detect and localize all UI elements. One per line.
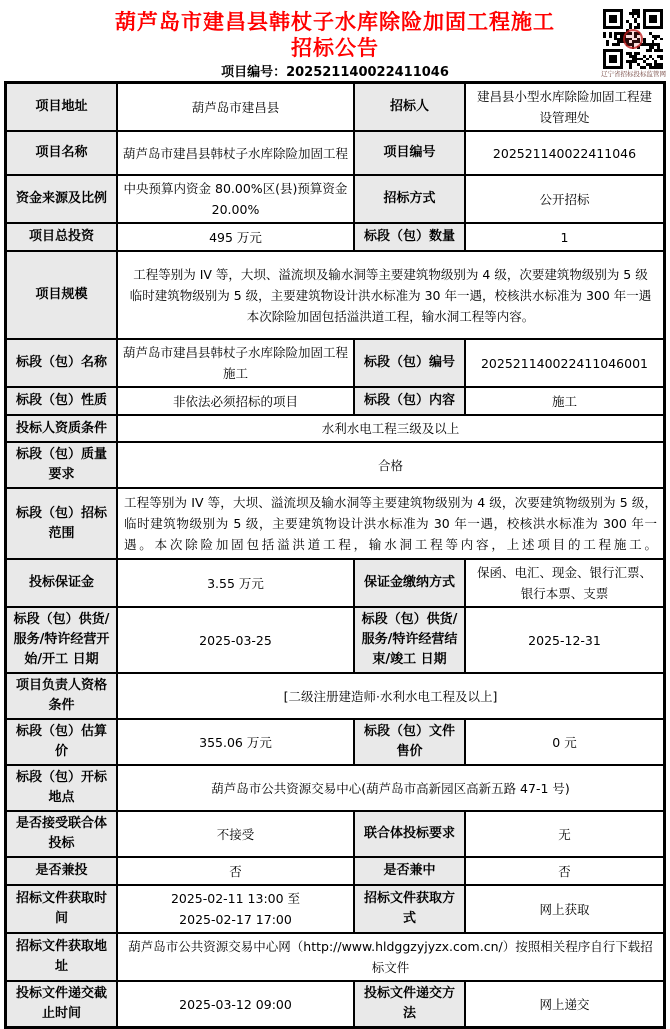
cell-value: 施工: [466, 388, 663, 414]
qr-caption: 辽宁省招标投标监管网: [601, 70, 665, 79]
cell-value: 无: [466, 812, 663, 856]
cell-label: 项目负责人资格条件: [7, 674, 118, 718]
cell-label: 标段（包）内容: [355, 388, 466, 414]
cell-value: 合格: [118, 443, 663, 487]
cell-value: 工程等别为 IV 等，大坝、溢流坝及输水洞等主要建筑物级别为 4 级，次要建筑物…: [118, 252, 663, 338]
table-row: 是否接受联合体投标不接受联合体投标要求无: [7, 812, 663, 858]
cell-label: 项目名称: [7, 132, 118, 174]
cell-value: 202521140022411046001: [466, 340, 663, 386]
cell-value: 非依法必须招标的项目: [118, 388, 355, 414]
cell-label: 招标文件获取时间: [7, 886, 118, 932]
cell-label: 项目编号: [355, 132, 466, 174]
cell-value: 2025-03-12 09:00: [118, 982, 355, 1026]
table-row: 投标文件递交截止时间2025-03-12 09:00投标文件递交方法网上递交: [7, 982, 663, 1026]
table-row: 标段（包）名称葫芦岛市建昌县韩杖子水库除险加固工程施工标段（包）编号202521…: [7, 340, 663, 388]
cell-value: 3.55 万元: [118, 560, 355, 606]
cell-label: 项目地址: [7, 84, 118, 130]
cell-label: 资金来源及比例: [7, 176, 118, 222]
table-row: 标段（包）性质非依法必须招标的项目标段（包）内容施工: [7, 388, 663, 416]
cell-label: 标段（包）开标地点: [7, 766, 118, 810]
cell-label: 标段（包）供货/服务/特许经营结束/竣工 日期: [355, 608, 466, 672]
cell-value: 否: [118, 858, 355, 884]
cell-value: 不接受: [118, 812, 355, 856]
cell-label: 标段（包）编号: [355, 340, 466, 386]
table-row: 项目负责人资格条件[二级注册建造师·水利水电工程及以上]: [7, 674, 663, 720]
cell-label: 标段（包）质量要求: [7, 443, 118, 487]
cell-value: 202521140022411046: [466, 132, 663, 174]
table-row: 标段（包）供货/服务/特许经营开始/开工 日期2025-03-25标段（包）供货…: [7, 608, 663, 674]
cell-value: 工程等别为 IV 等，大坝、溢流坝及输水洞等主要建筑物级别为 4 级，次要建筑物…: [118, 489, 663, 558]
cell-label: 招标方式: [355, 176, 466, 222]
cell-label: 投标文件递交截止时间: [7, 982, 118, 1026]
cell-value: 否: [466, 858, 663, 884]
cell-value: 葫芦岛市公共资源交易中心网（http://www.hldggzyjyzx.com…: [118, 934, 663, 980]
table-row: 招标文件获取时间2025-02-11 13:00 至 2025-02-17 17…: [7, 886, 663, 934]
cell-label: 标段（包）文件售价: [355, 720, 466, 764]
cell-value: 网上获取: [466, 886, 663, 932]
table-row: 标段（包）质量要求合格: [7, 443, 663, 489]
page-title-line2: 招标公告: [0, 35, 670, 61]
page-title-line1: 葫芦岛市建昌县韩杖子水库除险加固工程施工: [0, 9, 670, 35]
table-row: 是否兼投否是否兼中否: [7, 858, 663, 886]
table-row: 投标保证金3.55 万元保证金缴纳方式保函、电汇、现金、银行汇票、银行本票、支票: [7, 560, 663, 608]
cell-label: 招标文件获取方式: [355, 886, 466, 932]
cell-value: 保函、电汇、现金、银行汇票、银行本票、支票: [466, 560, 663, 606]
table-row: 项目名称葫芦岛市建昌县韩杖子水库除险加固工程项目编号20252114002241…: [7, 132, 663, 176]
cell-value: 葫芦岛市公共资源交易中心(葫芦岛市高新园区高新五路 47-1 号): [118, 766, 663, 810]
cell-value: 中央预算内资金 80.00%区(县)预算资金 20.00%: [118, 176, 355, 222]
cell-value: 葫芦岛市建昌县: [118, 84, 355, 130]
table-row: 项目规模工程等别为 IV 等，大坝、溢流坝及输水洞等主要建筑物级别为 4 级，次…: [7, 252, 663, 340]
cell-label: 是否兼投: [7, 858, 118, 884]
cell-label: 标段（包）性质: [7, 388, 118, 414]
cell-value: 建昌县小型水库除险加固工程建设管理处: [466, 84, 663, 130]
cell-label: 是否兼中: [355, 858, 466, 884]
table-row: 项目地址葫芦岛市建昌县招标人建昌县小型水库除险加固工程建设管理处: [7, 84, 663, 132]
cell-label: 项目总投资: [7, 224, 118, 250]
qr-code-icon: [603, 9, 663, 69]
cell-value: 2025-02-11 13:00 至 2025-02-17 17:00: [118, 886, 355, 932]
cell-label: 项目规模: [7, 252, 118, 338]
cell-value: 2025-03-25: [118, 608, 355, 672]
table-row: 资金来源及比例中央预算内资金 80.00%区(县)预算资金 20.00%招标方式…: [7, 176, 663, 224]
cell-label: 保证金缴纳方式: [355, 560, 466, 606]
qr-seal-icon: [623, 29, 643, 49]
cell-label: 标段（包）招标范围: [7, 489, 118, 558]
cell-label: 标段（包）名称: [7, 340, 118, 386]
cell-value: 355.06 万元: [118, 720, 355, 764]
cell-label: 标段（包）供货/服务/特许经营开始/开工 日期: [7, 608, 118, 672]
tender-info-table: 项目地址葫芦岛市建昌县招标人建昌县小型水库除险加固工程建设管理处项目名称葫芦岛市…: [4, 81, 666, 1029]
project-number: 项目编号：202521140022411046: [0, 65, 670, 81]
cell-label: 联合体投标要求: [355, 812, 466, 856]
cell-value: 0 元: [466, 720, 663, 764]
tender-announcement-page: 葫芦岛市建昌县韩杖子水库除险加固工程施工 招标公告 项目编号：202521140…: [0, 0, 670, 968]
page-header: 葫芦岛市建昌县韩杖子水库除险加固工程施工 招标公告 项目编号：202521140…: [0, 0, 670, 81]
table-row: 投标人资质条件水利水电工程三级及以上: [7, 416, 663, 443]
cell-label: 是否接受联合体投标: [7, 812, 118, 856]
table-row: 招标文件获取地址葫芦岛市公共资源交易中心网（http://www.hldggzy…: [7, 934, 663, 982]
qr-block: 辽宁省招标投标监管网: [601, 9, 665, 79]
cell-value: [二级注册建造师·水利水电工程及以上]: [118, 674, 663, 718]
cell-label: 投标保证金: [7, 560, 118, 606]
cell-value: 葫芦岛市建昌县韩杖子水库除险加固工程施工: [118, 340, 355, 386]
cell-label: 标段（包）数量: [355, 224, 466, 250]
table-row: 标段（包）招标范围工程等别为 IV 等，大坝、溢流坝及输水洞等主要建筑物级别为 …: [7, 489, 663, 560]
cell-value: 495 万元: [118, 224, 355, 250]
cell-label: 招标文件获取地址: [7, 934, 118, 980]
cell-value: 1: [466, 224, 663, 250]
cell-value: 水利水电工程三级及以上: [118, 416, 663, 441]
cell-value: 网上递交: [466, 982, 663, 1026]
table-row: 标段（包）开标地点葫芦岛市公共资源交易中心(葫芦岛市高新园区高新五路 47-1 …: [7, 766, 663, 812]
cell-label: 招标人: [355, 84, 466, 130]
cell-label: 投标文件递交方法: [355, 982, 466, 1026]
cell-value: 公开招标: [466, 176, 663, 222]
table-row: 项目总投资495 万元标段（包）数量1: [7, 224, 663, 252]
cell-label: 标段（包）估算价: [7, 720, 118, 764]
cell-value: 葫芦岛市建昌县韩杖子水库除险加固工程: [118, 132, 355, 174]
table-row: 标段（包）估算价355.06 万元标段（包）文件售价0 元: [7, 720, 663, 766]
cell-value: 2025-12-31: [466, 608, 663, 672]
cell-label: 投标人资质条件: [7, 416, 118, 441]
